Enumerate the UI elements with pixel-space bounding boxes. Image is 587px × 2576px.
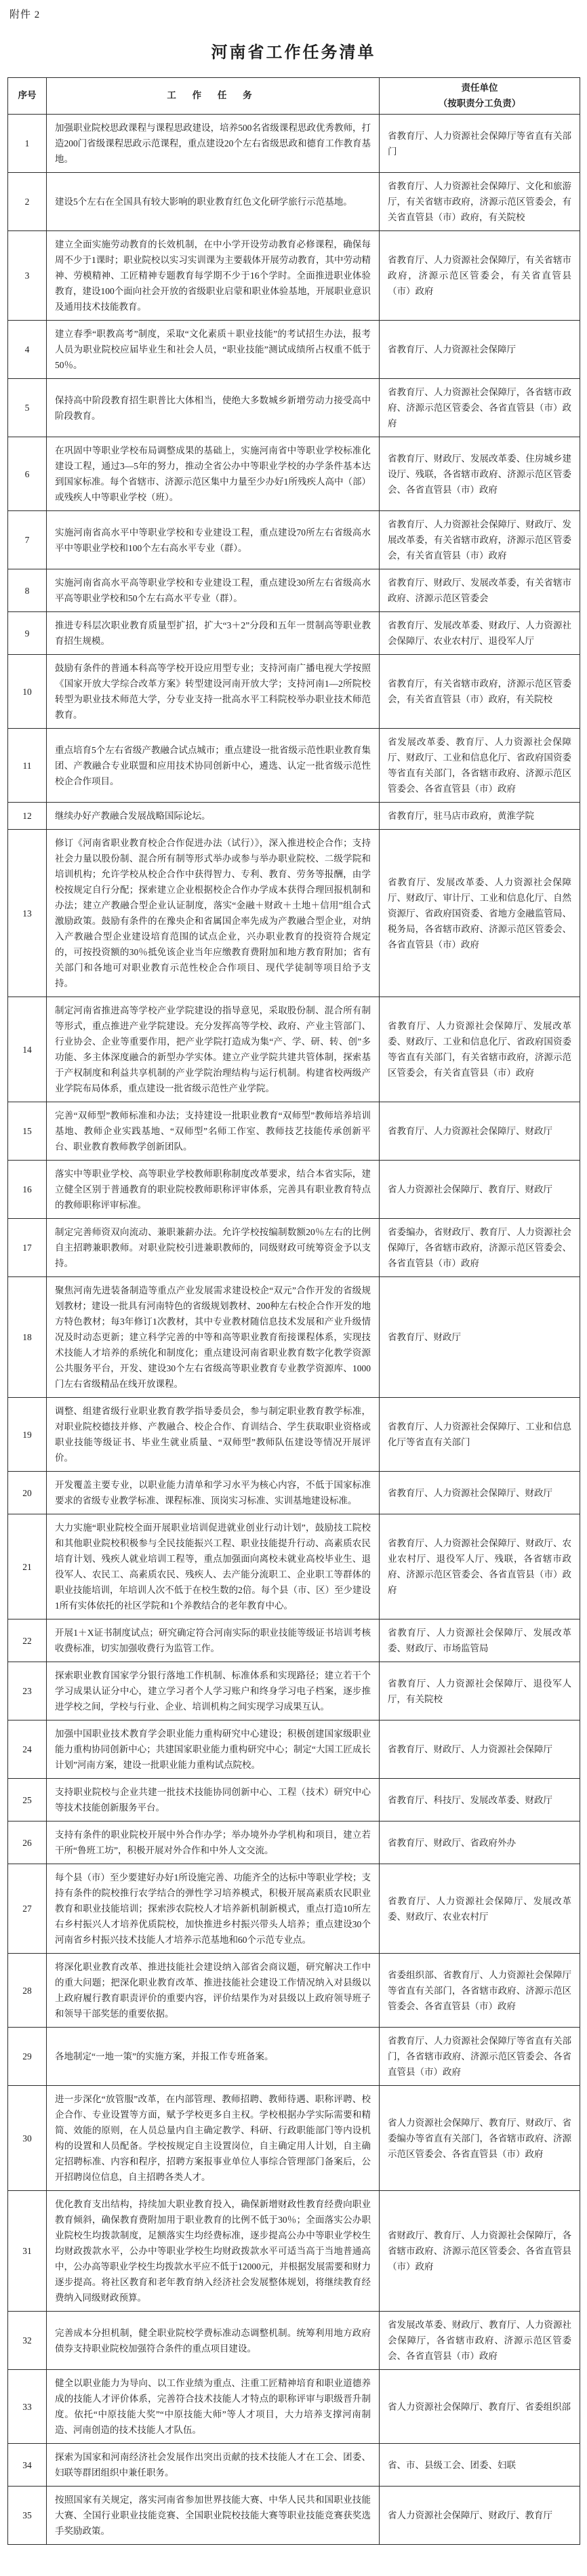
table-row: 34 探索为国家和河南经济社会发展作出突出贡献的技术技能人才在工会、团委、妇联等…: [8, 2444, 580, 2487]
row-number: 17: [8, 1219, 47, 1277]
row-number: 27: [8, 1864, 47, 1954]
row-task-text: 完善“双师型”教师标准和办法；支持建设一批职业教育“双师型”教师培养培训基地、教…: [47, 1102, 380, 1161]
row-task-text: 将深化职业教育改革、推进技能社会建设纳入部省会商议题，研究解决工作中的重大问题；…: [47, 1954, 380, 2028]
row-number: 18: [8, 1277, 47, 1398]
column-header-no: 序号: [8, 78, 47, 115]
row-unit-text: 省发展改革委、财政厅、教育厅、人力资源社会保障厅，各省辖市政府、济源示范区管委会…: [380, 2312, 580, 2370]
row-number: 26: [8, 1822, 47, 1864]
row-unit-text: 省教育厅、人力资源社会保障厅、工业和信息化厅等省直有关部门: [380, 1398, 580, 1472]
table-row: 29 各地制定“一地一策”的实施方案，并报工作专班备案。 省教育厅、人力资源社会…: [8, 2028, 580, 2086]
row-number: 16: [8, 1161, 47, 1219]
row-task-text: 重点培育5个左右省级产教融合试点城市；重点建设一批省级示范性职业教育集团、产教融…: [47, 729, 380, 803]
table-row: 28 将深化职业教育改革、推进技能社会建设纳入部省会商议题，研究解决工作中的重大…: [8, 1954, 580, 2028]
row-task-text: 修订《河南省职业教育校企合作促进办法（试行）》，深入推进校企合作；支持社会力量以…: [47, 830, 380, 997]
row-number: 12: [8, 803, 47, 830]
table-row: 18 聚焦河南先进装备制造等重点产业发展需求建设校企“双元”合作开发的省级规划教…: [8, 1277, 580, 1398]
row-unit-text: 省人力资源社会保障厅、教育厅、财政厅、省委编办等省直有关部门，各省辖市政府、济源…: [380, 2086, 580, 2191]
row-task-text: 建设5个左右在全国具有较大影响的职业教育红色文化研学旅行示范基地。: [47, 173, 380, 231]
row-task-text: 实施河南省高水平高等职业学校和专业建设工程，重点建设30所左右省级高水平高等职业…: [47, 569, 380, 612]
row-task-text: 在巩固中等职业学校布局调整成果的基础上，实施河南省中等职业学校标准化建设工程，通…: [47, 437, 380, 511]
row-number: 10: [8, 655, 47, 729]
row-number: 24: [8, 1720, 47, 1779]
row-task-text: 健全以职业能力为导向、以工作业绩为重点、注重工匠精神培育和职业道德养成的技能人才…: [47, 2370, 380, 2444]
table-row: 10 鼓励有条件的普通本科高等学校开设应用型专业；支持河南广播电视大学按照《国家…: [8, 655, 580, 729]
row-task-text: 加强职业院校思政课程与课程思政建设，培养500名省级课程思政优秀教师，打造200…: [47, 115, 380, 173]
row-number: 5: [8, 379, 47, 437]
row-number: 4: [8, 321, 47, 379]
row-unit-text: 省教育厅、人力资源社会保障厅等省直有关部门: [380, 115, 580, 173]
row-task-text: 加强中国职业技术教育学会职业能力重构研究中心建设；积极创建国家级职业能力重构协同…: [47, 1720, 380, 1779]
row-task-text: 推进专科层次职业教育质量型扩招，扩大“3＋2”分段和五年一贯制高等职业教育招生规…: [47, 612, 380, 655]
table-row: 25 支持职业院校与企业共建一批技术技能协同创新中心、工程（技术）研究中心等技术…: [8, 1779, 580, 1822]
row-number: 22: [8, 1619, 47, 1662]
row-unit-text: 省教育厅、人力资源社会保障厅、退役军人厅，有关院校: [380, 1662, 580, 1720]
row-unit-text: 省教育厅、人力资源社会保障厅、发展改革委、财政厅、农业农村厅: [380, 1864, 580, 1954]
table-row: 32 完善成本分担机制，健全职业院校学费标准动态调整机制。统筹利用地方政府债券支…: [8, 2312, 580, 2370]
table-row: 14 制定河南省推进高等学校产业学院建设的指导意见，采取股份制、混合所有制等形式…: [8, 997, 580, 1102]
row-number: 7: [8, 511, 47, 569]
table-row: 12 继续办好产教融合发展战略国际论坛。 省教育厅，驻马店市政府，黄淮学院: [8, 803, 580, 830]
row-number: 29: [8, 2028, 47, 2086]
row-number: 32: [8, 2312, 47, 2370]
row-unit-text: 省人力资源社会保障厅、教育厅、财政厅: [380, 1161, 580, 1219]
table-row: 30 进一步深化“放管服”改革，在内部管理、教师招聘、教师待遇、职称评聘、校企合…: [8, 2086, 580, 2191]
table-row: 3 建立全面实施劳动教育的长效机制，在中小学开设劳动教育必修课程，确保每周不少于…: [8, 231, 580, 321]
row-unit-text: 省教育厅、人力资源社会保障厅等省直有关部门，各省辖市政府、济源示范区管委会、各省…: [380, 2028, 580, 2086]
table-row: 16 落实中等职业学校、高等职业学校教师职称制度改革要求，结合本省实际，建立健全…: [8, 1161, 580, 1219]
row-number: 8: [8, 569, 47, 612]
task-table: 序号 工 作 任 务 责任单位 （按职责分工负责） 1 加强职业院校思政课程与课…: [7, 77, 580, 2545]
row-task-text: 每个县（市）至少要建好办好1所设施完善、功能齐全的达标中等职业学校；支持有条件的…: [47, 1864, 380, 1954]
row-task-text: 保持高中阶段教育招生职普比大体相当，使绝大多数城乡新增劳动力接受高中阶段教育。: [47, 379, 380, 437]
row-task-text: 调整、组建省级行业职业教育教学指导委员会，参与制定职业教育教学标准，对职业院校德…: [47, 1398, 380, 1472]
row-number: 30: [8, 2086, 47, 2191]
row-task-text: 大力实施“职业院校全面开展职业培训促进就业创业行动计划”，鼓励技工院校和其他职业…: [47, 1514, 380, 1619]
row-task-text: 开展1＋X证书制度试点；研究确定符合河南实际的职业技能等级证书培训考核收费标准，…: [47, 1619, 380, 1662]
table-row: 11 重点培育5个左右省级产教融合试点城市；重点建设一批省级示范性职业教育集团、…: [8, 729, 580, 803]
row-task-text: 探索为国家和河南经济社会发展作出突出贡献的技术技能人才在工会、团委、妇联等群团组…: [47, 2444, 380, 2487]
row-unit-text: 省教育厅、财政厅、人力资源社会保障厅: [380, 1720, 580, 1779]
table-row: 2 建设5个左右在全国具有较大影响的职业教育红色文化研学旅行示范基地。 省教育厅…: [8, 173, 580, 231]
row-task-text: 建立春季“职教高考”制度，采取“文化素质＋职业技能”的考试招生办法，报考人员为职…: [47, 321, 380, 379]
table-row: 23 探索职业教育国家学分银行落地工作机制、标准体系和实现路径；建立若干个学习成…: [8, 1662, 580, 1720]
table-row: 4 建立春季“职教高考”制度，采取“文化素质＋职业技能”的考试招生办法，报考人员…: [8, 321, 580, 379]
table-row: 6 在巩固中等职业学校布局调整成果的基础上，实施河南省中等职业学校标准化建设工程…: [8, 437, 580, 511]
row-unit-text: 省教育厅、人力资源社会保障厅，各省辖市政府、济源示范区管委会、各省直管县（市）政…: [380, 379, 580, 437]
row-task-text: 制定完善师资双向流动、兼职兼薪办法。允许学校按编制数额20％左右的比例自主招聘兼…: [47, 1219, 380, 1277]
row-unit-text: 省教育厅、人力资源社会保障厅、发展改革委、财政厅、工业和信息化厅、省政府国资委等…: [380, 997, 580, 1102]
row-unit-text: 省委组织部、省教育厅、人力资源社会保障厅等省直有关部门，各省辖市政府、济源示范区…: [380, 1954, 580, 2028]
table-row: 26 支持有条件的职业院校开展中外合作办学；举办境外办学机构和项目，建立若干所“…: [8, 1822, 580, 1864]
document-page: 附件 2 河南省工作任务清单 序号 工 作 任 务 责任单位 （按职责分工负责）…: [0, 0, 587, 2576]
row-unit-text: 省教育厅、财政厅: [380, 1277, 580, 1398]
row-unit-text: 省教育厅、财政厅、发展改革委、住房城乡建设厅、残联，各省辖市政府、济源示范区管委…: [380, 437, 580, 511]
table-row: 15 完善“双师型”教师标准和办法；支持建设一批职业教育“双师型”教师培养培训基…: [8, 1102, 580, 1161]
table-row: 5 保持高中阶段教育招生职普比大体相当，使绝大多数城乡新增劳动力接受高中阶段教育…: [8, 379, 580, 437]
row-number: 14: [8, 997, 47, 1102]
table-row: 8 实施河南省高水平高等职业学校和专业建设工程，重点建设30所左右省级高水平高等…: [8, 569, 580, 612]
attachment-label: 附件 2: [7, 8, 580, 22]
table-row: 24 加强中国职业技术教育学会职业能力重构研究中心建设；积极创建国家级职业能力重…: [8, 1720, 580, 1779]
row-task-text: 支持职业院校与企业共建一批技术技能协同创新中心、工程（技术）研究中心等技术技能创…: [47, 1779, 380, 1822]
column-header-unit-line2: （按职责分工负责）: [382, 96, 577, 112]
row-number: 20: [8, 1472, 47, 1514]
row-number: 9: [8, 612, 47, 655]
row-number: 11: [8, 729, 47, 803]
table-header-row: 序号 工 作 任 务 责任单位 （按职责分工负责）: [8, 78, 580, 115]
row-unit-text: 省、市、县级工会、团委、妇联: [380, 2444, 580, 2487]
row-number: 35: [8, 2487, 47, 2545]
row-unit-text: 省财政厅、教育厅、人力资源社会保障厅，各省辖市政府、济源示范区管委会、各省直管县…: [380, 2191, 580, 2312]
row-unit-text: 省教育厅、人力资源社会保障厅、文化和旅游厅，有关省辖市政府，济源示范区管委会，有…: [380, 173, 580, 231]
row-unit-text: 省教育厅、发展改革委、财政厅、人力资源社会保障厅、农业农村厅、退役军人厅: [380, 612, 580, 655]
row-number: 33: [8, 2370, 47, 2444]
table-row: 13 修订《河南省职业教育校企合作促进办法（试行）》，深入推进校企合作；支持社会…: [8, 830, 580, 997]
column-header-unit: 责任单位 （按职责分工负责）: [380, 78, 580, 115]
row-number: 3: [8, 231, 47, 321]
table-row: 31 优化教育支出结构，持续加大职业教育投入，确保新增财政性教育经费向职业教育倾…: [8, 2191, 580, 2312]
row-task-text: 进一步深化“放管服”改革，在内部管理、教师招聘、教师待遇、职称评聘、校企合作、专…: [47, 2086, 380, 2191]
row-task-text: 建立全面实施劳动教育的长效机制，在中小学开设劳动教育必修课程，确保每周不少于1课…: [47, 231, 380, 321]
page-title: 河南省工作任务清单: [7, 39, 580, 62]
row-task-text: 开发覆盖主要专业，以职业能力清单和学习水平为核心内容，不低于国家标准要求的省级专…: [47, 1472, 380, 1514]
row-number: 21: [8, 1514, 47, 1619]
row-unit-text: 省发展改革委、教育厅、人力资源社会保障厅、财政厅、工业和信息化厅、省政府国资委等…: [380, 729, 580, 803]
row-number: 28: [8, 1954, 47, 2028]
row-number: 31: [8, 2191, 47, 2312]
row-number: 23: [8, 1662, 47, 1720]
row-unit-text: 省教育厅、财政厅、发展改革委，有关省辖市政府、济源示范区管委会: [380, 569, 580, 612]
row-task-text: 实施河南省高水平中等职业学校和专业建设工程，重点建设70所左右省级高水平中等职业…: [47, 511, 380, 569]
row-unit-text: 省教育厅、财政厅、省政府外办: [380, 1822, 580, 1864]
table-row: 19 调整、组建省级行业职业教育教学指导委员会，参与制定职业教育教学标准，对职业…: [8, 1398, 580, 1472]
row-unit-text: 省教育厅、科技厅、发展改革委、财政厅: [380, 1779, 580, 1822]
row-number: 34: [8, 2444, 47, 2487]
row-unit-text: 省人力资源社会保障厅、教育厅、省委组织部: [380, 2370, 580, 2444]
table-row: 7 实施河南省高水平中等职业学校和专业建设工程，重点建设70所左右省级高水平中等…: [8, 511, 580, 569]
table-row: 21 大力实施“职业院校全面开展职业培训促进就业创业行动计划”，鼓励技工院校和其…: [8, 1514, 580, 1619]
row-number: 13: [8, 830, 47, 997]
row-unit-text: 省教育厅、人力资源社会保障厅、财政厅: [380, 1472, 580, 1514]
table-row: 17 制定完善师资双向流动、兼职兼薪办法。允许学校按编制数额20％左右的比例自主…: [8, 1219, 580, 1277]
row-number: 25: [8, 1779, 47, 1822]
row-unit-text: 省教育厅、人力资源社会保障厅、财政厅、农业农村厅、退役军人厅、残联，各省辖市政府…: [380, 1514, 580, 1619]
row-task-text: 落实中等职业学校、高等职业学校教师职称制度改革要求，结合本省实际，建立健全区别于…: [47, 1161, 380, 1219]
table-row: 1 加强职业院校思政课程与课程思政建设，培养500名省级课程思政优秀教师，打造2…: [8, 115, 580, 173]
row-task-text: 支持有条件的职业院校开展中外合作办学；举办境外办学机构和项目，建立若干所“鲁班工…: [47, 1822, 380, 1864]
row-unit-text: 省教育厅、人力资源社会保障厅: [380, 321, 580, 379]
table-body: 1 加强职业院校思政课程与课程思政建设，培养500名省级课程思政优秀教师，打造2…: [8, 115, 580, 2545]
row-unit-text: 省教育厅、人力资源社会保障厅、发展改革委、财政厅、市场监管局: [380, 1619, 580, 1662]
table-row: 35 按照国家有关规定，落实河南省参加世界技能大赛、中华人民共和国职业技能大赛、…: [8, 2487, 580, 2545]
row-unit-text: 省教育厅，有关省辖市政府，济源示范区管委会，有关省直管县（市）政府，有关院校: [380, 655, 580, 729]
row-unit-text: 省教育厅、人力资源社会保障厅，有关省辖市政府，济源示范区管委会，有关省直管县（市…: [380, 231, 580, 321]
table-row: 20 开发覆盖主要专业，以职业能力清单和学习水平为核心内容，不低于国家标准要求的…: [8, 1472, 580, 1514]
row-task-text: 探索职业教育国家学分银行落地工作机制、标准体系和实现路径；建立若干个学习成果认证…: [47, 1662, 380, 1720]
row-task-text: 完善成本分担机制，健全职业院校学费标准动态调整机制。统筹利用地方政府债券支持职业…: [47, 2312, 380, 2370]
row-number: 1: [8, 115, 47, 173]
row-unit-text: 省教育厅，驻马店市政府，黄淮学院: [380, 803, 580, 830]
row-number: 6: [8, 437, 47, 511]
column-header-unit-line1: 责任单位: [382, 81, 577, 96]
row-task-text: 优化教育支出结构，持续加大职业教育投入，确保新增财政性教育经费向职业教育倾斜，确…: [47, 2191, 380, 2312]
row-unit-text: 省委编办，省财政厅、教育厅、人力资源社会保障厅，各省辖市政府，济源示范区管委会、…: [380, 1219, 580, 1277]
row-unit-text: 省教育厅、人力资源社会保障厅、财政厅: [380, 1102, 580, 1161]
table-row: 22 开展1＋X证书制度试点；研究确定符合河南实际的职业技能等级证书培训考核收费…: [8, 1619, 580, 1662]
row-task-text: 鼓励有条件的普通本科高等学校开设应用型专业；支持河南广播电视大学按照《国家开放大…: [47, 655, 380, 729]
row-unit-text: 省教育厅、人力资源社会保障厅、财政厅、发展改革委，有关省辖市政府，济源示范区管委…: [380, 511, 580, 569]
row-task-text: 按照国家有关规定，落实河南省参加世界技能大赛、中华人民共和国职业技能大赛、全国行…: [47, 2487, 380, 2545]
row-task-text: 继续办好产教融合发展战略国际论坛。: [47, 803, 380, 830]
row-task-text: 制定河南省推进高等学校产业学院建设的指导意见，采取股份制、混合所有制等形式，重点…: [47, 997, 380, 1102]
row-number: 19: [8, 1398, 47, 1472]
column-header-task: 工 作 任 务: [47, 78, 380, 115]
row-unit-text: 省教育厅、发展改革委、人力资源社会保障厅、财政厅、审计厅、工业和信息化厅、自然资…: [380, 830, 580, 997]
row-number: 2: [8, 173, 47, 231]
table-row: 9 推进专科层次职业教育质量型扩招，扩大“3＋2”分段和五年一贯制高等职业教育招…: [8, 612, 580, 655]
row-task-text: 各地制定“一地一策”的实施方案，并报工作专班备案。: [47, 2028, 380, 2086]
table-row: 33 健全以职业能力为导向、以工作业绩为重点、注重工匠精神培育和职业道德养成的技…: [8, 2370, 580, 2444]
row-task-text: 聚焦河南先进装备制造等重点产业发展需求建设校企“双元”合作开发的省级规划教材；建…: [47, 1277, 380, 1398]
row-unit-text: 省人力资源社会保障厅、财政厅、教育厅: [380, 2487, 580, 2545]
row-number: 15: [8, 1102, 47, 1161]
table-row: 27 每个县（市）至少要建好办好1所设施完善、功能齐全的达标中等职业学校；支持有…: [8, 1864, 580, 1954]
